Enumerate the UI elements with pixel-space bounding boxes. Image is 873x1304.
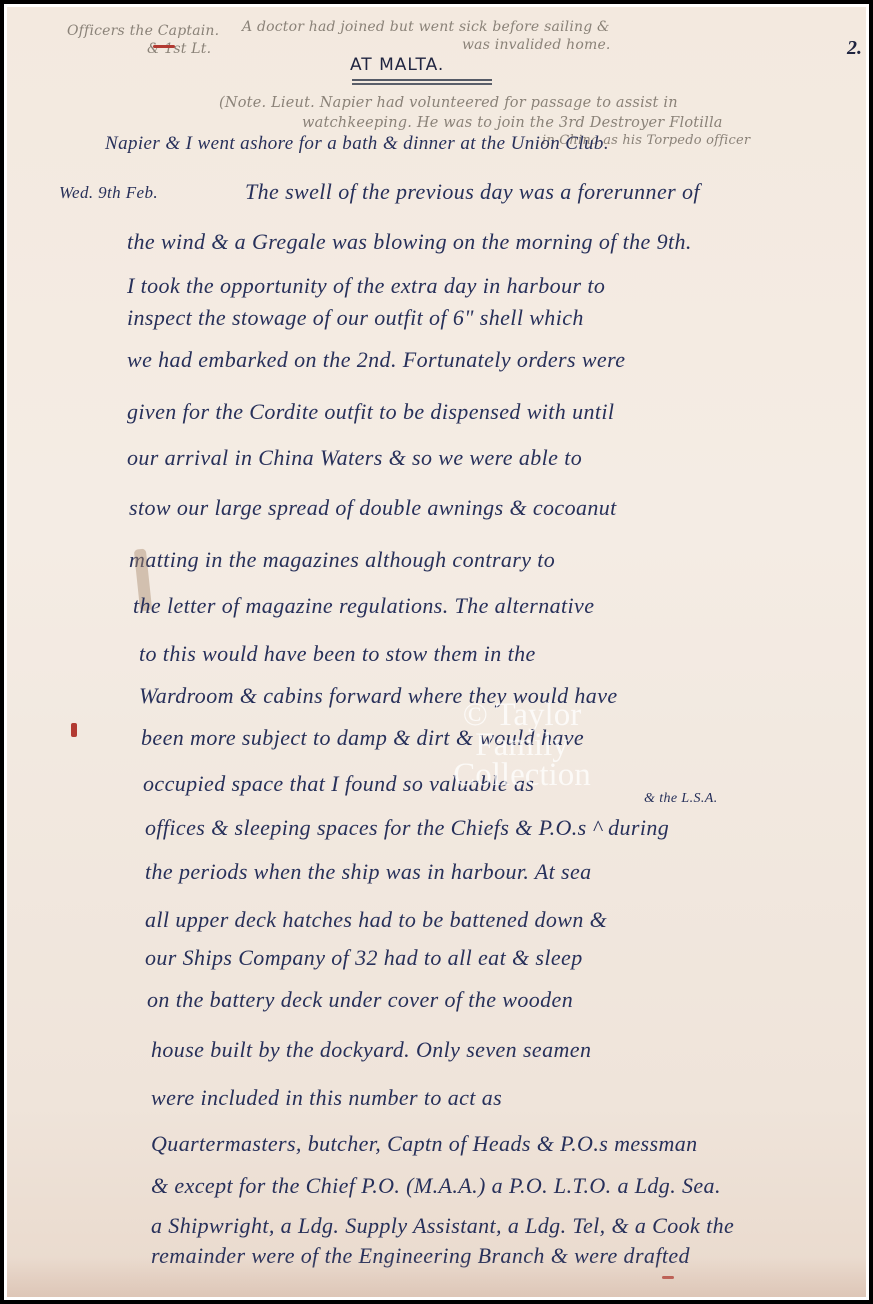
red-ink-mark: [662, 1276, 674, 1279]
text-line: the letter of magazine regulations. The …: [133, 593, 594, 619]
text-line: stow our large spread of double awnings …: [129, 495, 617, 521]
watermark-line: Collection: [402, 760, 642, 790]
pencil-note-napier-1: (Note. Lieut. Napier had volunteered for…: [219, 95, 678, 111]
date-label: Wed. 9th Feb.: [59, 183, 158, 203]
page-title: AT MALTA.: [350, 55, 444, 75]
watermark: © Taylor Family Collection: [402, 700, 642, 790]
text-line: given for the Cordite outfit to be dispe…: [127, 399, 614, 425]
text-line: The swell of the previous day was a fore…: [245, 179, 700, 205]
text-line: a Shipwright, a Ldg. Supply Assistant, a…: [151, 1213, 734, 1239]
watermark-line: Family: [402, 730, 642, 760]
pencil-note-doctor-2: was invalided home.: [462, 37, 611, 53]
text-line: house built by the dockyard. Only seven …: [151, 1037, 591, 1063]
pencil-note-officers: Officers the Captain.: [67, 23, 219, 39]
red-ink-mark: [71, 723, 77, 737]
manuscript-page: Officers the Captain. & 1st Lt. A doctor…: [7, 7, 866, 1297]
text-line: & except for the Chief P.O. (M.A.A.) a P…: [151, 1173, 721, 1199]
text-line: offices & sleeping spaces for the Chiefs…: [145, 815, 669, 841]
opening-line: Napier & I went ashore for a bath & dinn…: [105, 133, 609, 155]
pencil-note-doctor-1: A doctor had joined but went sick before…: [242, 19, 610, 35]
text-line: on the battery deck under cover of the w…: [147, 987, 573, 1013]
text-line: inspect the stowage of our outfit of 6" …: [127, 305, 584, 331]
text-line: our Ships Company of 32 had to all eat &…: [145, 945, 583, 971]
text-line: matting in the magazines although contra…: [129, 547, 555, 573]
insertion-note: & the L.S.A.: [644, 791, 718, 807]
text-line: we had embarked on the 2nd. Fortunately …: [127, 347, 625, 373]
text-line: to this would have been to stow them in …: [139, 641, 536, 667]
watermark-line: © Taylor: [402, 700, 642, 730]
image-frame: Officers the Captain. & 1st Lt. A doctor…: [4, 4, 869, 1300]
text-line: remainder were of the Engineering Branch…: [151, 1243, 690, 1269]
text-line: Quartermasters, butcher, Captn of Heads …: [151, 1131, 698, 1157]
red-ink-mark: [153, 45, 175, 48]
text-line: our arrival in China Waters & so we were…: [127, 445, 582, 471]
text-line: I took the opportunity of the extra day …: [127, 273, 605, 299]
text-line: all upper deck hatches had to be battene…: [145, 907, 607, 933]
pencil-note-first-lt: & 1st Lt.: [147, 41, 211, 57]
text-line: the periods when the ship was in harbour…: [145, 859, 592, 885]
title-underline: [352, 79, 492, 81]
pencil-note-napier-2: watchkeeping. He was to join the 3rd Des…: [302, 115, 723, 131]
text-line: were included in this number to act as: [151, 1085, 502, 1111]
page-number: 2.: [847, 37, 862, 60]
text-line: the wind & a Gregale was blowing on the …: [127, 229, 692, 255]
